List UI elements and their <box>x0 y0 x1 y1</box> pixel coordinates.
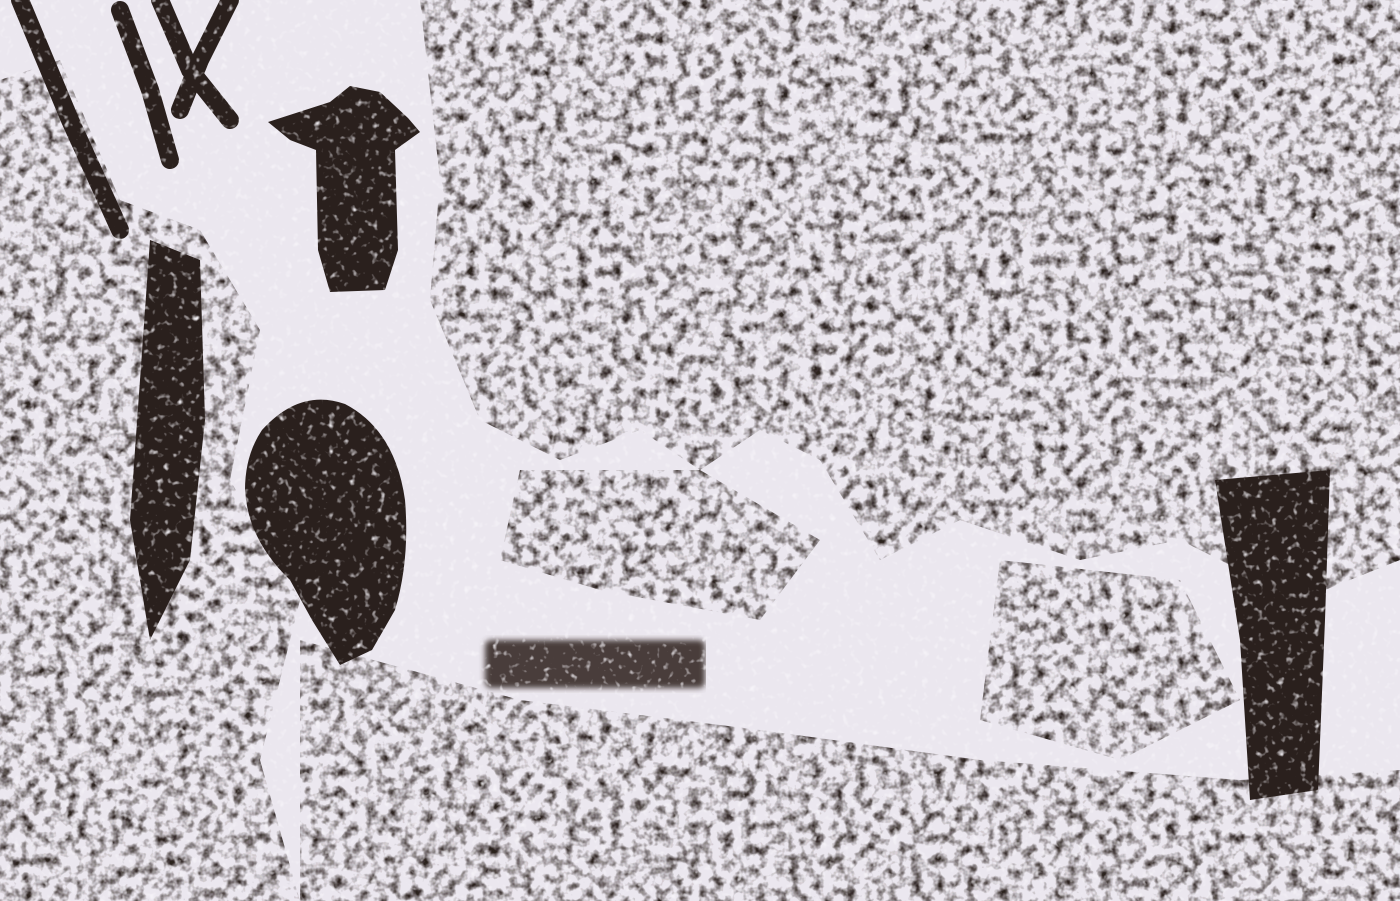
grain-overlay <box>0 0 1400 901</box>
scene-svg <box>0 0 1400 901</box>
grainy-photo: Grainy high-contrast monochrome print of… <box>0 0 1400 901</box>
